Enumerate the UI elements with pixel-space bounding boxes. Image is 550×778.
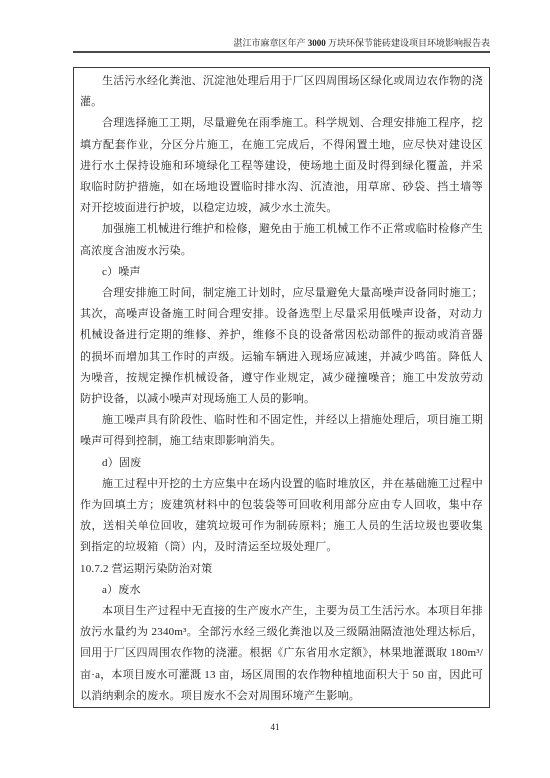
paragraph-sewage-reuse: 生活污水经化粪池、沉淀池处理后用于厂区四周围场区绿化或周边农作物的浇灌。: [80, 71, 483, 113]
paragraph-wastewater-operation: 本项目生产过程中无直接的生产废水产生，主要为员工生活污水。本项目年排放污水量约为…: [80, 601, 483, 707]
paragraph-construction-schedule: 合理选择施工工期，尽量避免在雨季施工。科学规划、合理安排施工程序，挖填方配套作业…: [80, 113, 483, 219]
subheading-waste-gas: b）废气: [80, 707, 483, 708]
subheading-wastewater: a）废水: [80, 580, 483, 601]
running-header-title-prefix: 湛江市麻章区年产: [233, 38, 307, 48]
running-header: 湛江市麻章区年产 3000 万块环保节能砖建设项目环境影响报告表: [73, 37, 490, 49]
running-header-title-number: 3000: [308, 38, 326, 48]
paragraph-machinery-maintenance: 加强施工机械进行维护和检修，避免由于施工机械工作不正常或临时检修产生高浓度含油废…: [80, 219, 483, 261]
section-heading-operation-period: 10.7.2 营运期污染防治对策: [80, 559, 483, 580]
running-header-title-suffix: 万块环保节能砖建设项目环境影响报告表: [326, 38, 490, 48]
paragraph-noise-measures: 合理安排施工时间，制定施工计划时，应尽量避免大量高噪声设备同时施工；其次，高噪声…: [80, 283, 483, 410]
paragraph-solid-waste-measures: 施工过程中开挖的土方应集中在场内设置的临时堆放区，并在基础施工过程中作为回填土方…: [80, 474, 483, 559]
page-number: 41: [0, 722, 550, 732]
header-rule: [73, 51, 490, 53]
subheading-solid-waste: d）固废: [80, 453, 483, 474]
paragraph-noise-temporary: 施工噪声具有阶段性、临时性和不固定性，并经以上措施处理后，项目施工期噪声可得到控…: [80, 410, 483, 452]
subheading-noise: c）噪声: [80, 262, 483, 283]
report-content-box: 生活污水经化粪池、沉淀池处理后用于厂区四周围场区绿化或周边农作物的浇灌。 合理选…: [73, 67, 490, 708]
report-page: 湛江市麻章区年产 3000 万块环保节能砖建设项目环境影响报告表 生活污水经化粪…: [0, 0, 550, 778]
